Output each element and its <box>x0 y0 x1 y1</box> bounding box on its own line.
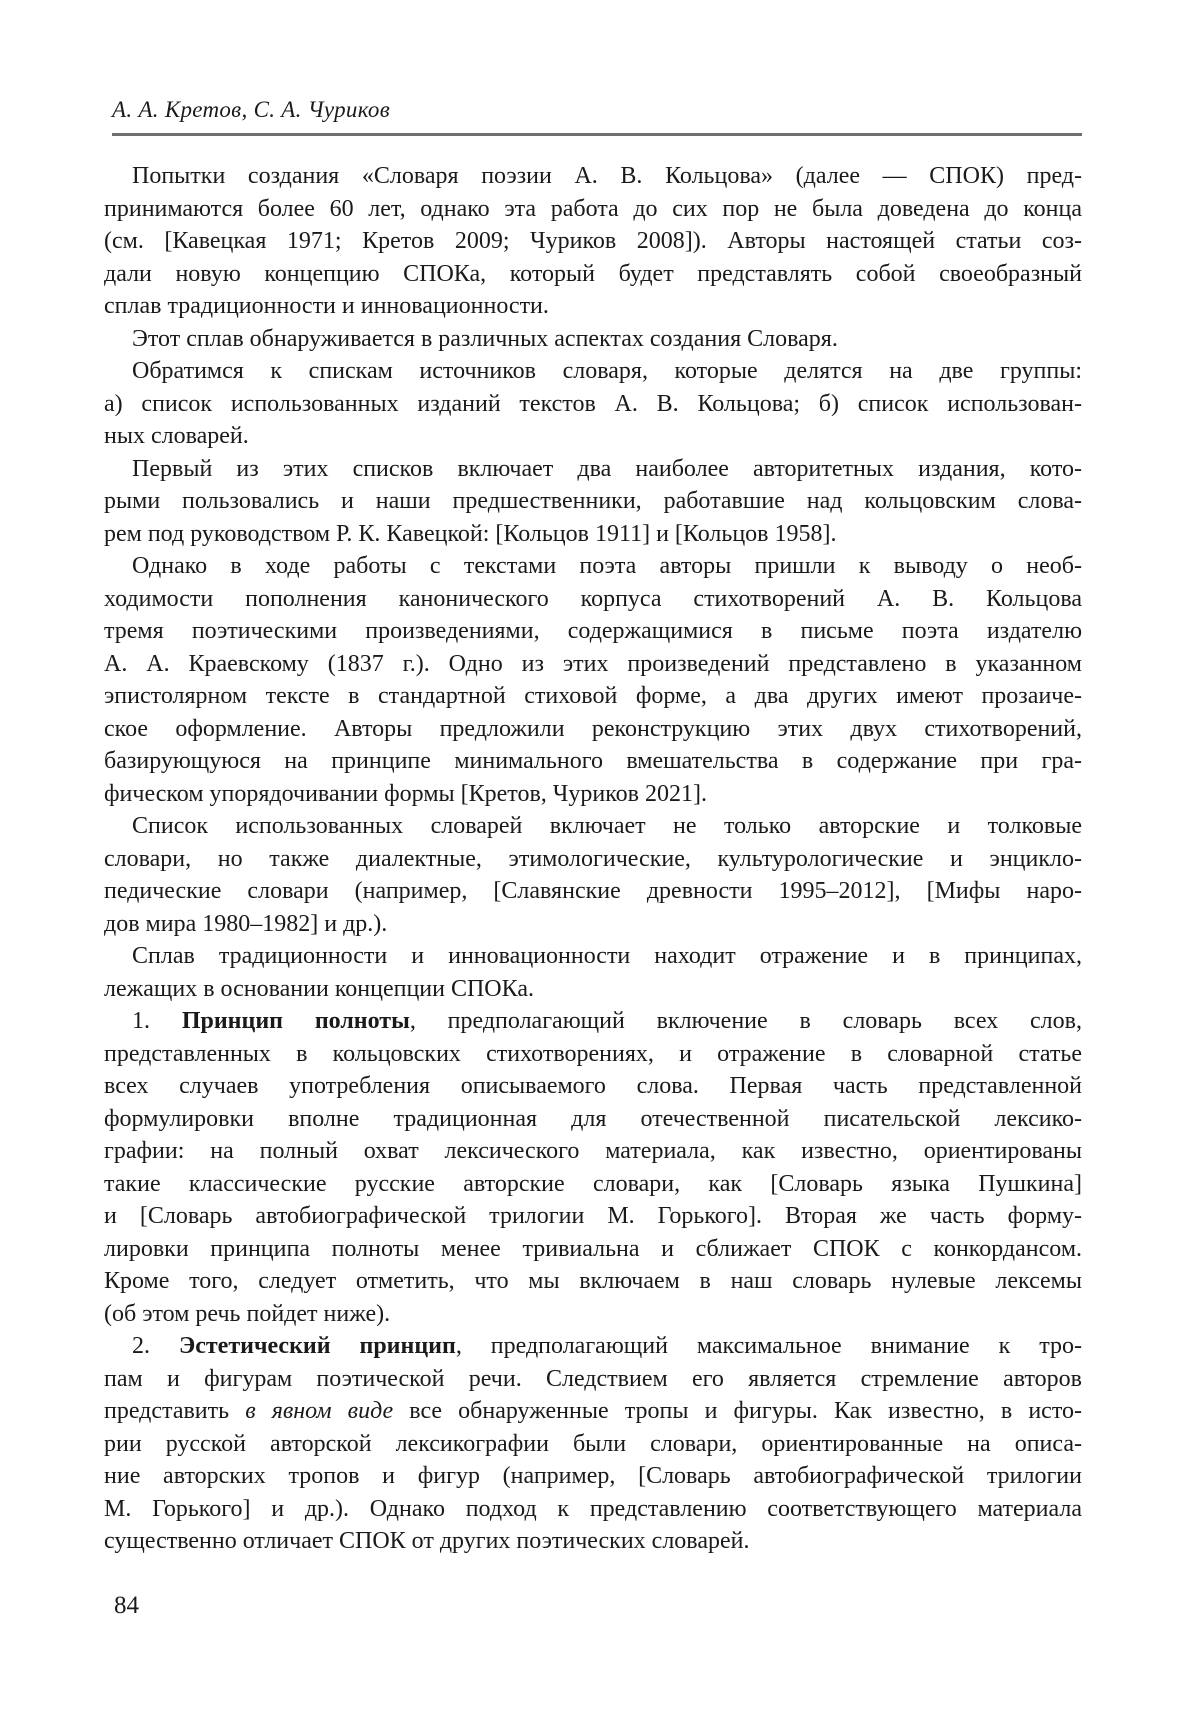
text-line: Однако в ходе работы с текстами поэта ав… <box>104 550 1082 583</box>
text-line: Обратимся к спискам источников словаря, … <box>104 355 1082 388</box>
text-run: Сплав традиционности и инновационности н… <box>132 943 1082 969</box>
text-run: сплав традиционности и инновационности. <box>104 293 549 319</box>
text-line: дали новую концепцию СПОКа, который буде… <box>104 258 1082 291</box>
text-line: пам и фигурам поэтической речи. Следстви… <box>104 1363 1082 1396</box>
text-line: ние авторских тропов и фигур (например, … <box>104 1460 1082 1493</box>
text-line: существенно отличает СПОК от других поэт… <box>104 1525 1082 1558</box>
text-run: всех случаев употребления описываемого с… <box>104 1073 1082 1099</box>
text-run: представить <box>104 1398 245 1424</box>
text-run: графии: на полный охват лексического мат… <box>104 1138 1082 1164</box>
text-line: Кроме того, следует отметить, что мы вкл… <box>104 1265 1082 1298</box>
text-run: , предполагающий максимальное внимание к… <box>456 1333 1082 1359</box>
text-run: Кроме того, следует отметить, что мы вкл… <box>104 1268 1082 1294</box>
text-run: ние авторских тропов и фигур (например, … <box>104 1463 1082 1489</box>
text-line: Список использованных словарей включает … <box>104 810 1082 843</box>
text-run: рем под руководством Р. К. Кавецкой: [Ко… <box>104 521 837 547</box>
text-line: лежащих в основании концепции СПОКа. <box>104 973 1082 1006</box>
text-line: представленных в кольцовских стихотворен… <box>104 1038 1082 1071</box>
text-run: Попытки создания «Словаря поэзии А. В. К… <box>132 163 1082 189</box>
text-line: дов мира 1980–1982] и др.). <box>104 908 1082 941</box>
text-run: Обратимся к спискам источников словаря, … <box>132 358 1082 384</box>
text-run: дали новую концепцию СПОКа, который буде… <box>104 261 1082 287</box>
text-run: ское оформление. Авторы предложили рекон… <box>104 716 1082 742</box>
text-run: ходимости пополнения канонического корпу… <box>104 586 1082 612</box>
text-line: а) список использованных изданий текстов… <box>104 388 1082 421</box>
bold-run: Эстетический принцип <box>179 1333 456 1359</box>
text-line: М. Горького] и др.). Однако подход к пре… <box>104 1493 1082 1526</box>
text-line: А. А. Краевскому (1837 г.). Одно из этих… <box>104 648 1082 681</box>
text-line: педические словари (например, [Славянски… <box>104 875 1082 908</box>
text-run: эпистолярном тексте в стандартной стихов… <box>104 683 1082 709</box>
italic-run: в явном виде <box>245 1398 393 1424</box>
text-line: представить в явном виде все обнаруженны… <box>104 1395 1082 1428</box>
text-line: и [Словарь автобиографической трилогии М… <box>104 1200 1082 1233</box>
text-run: (об этом речь пойдет ниже). <box>104 1301 390 1327</box>
text-line: рем под руководством Р. К. Кавецкой: [Ко… <box>104 518 1082 551</box>
text-line: эпистолярном тексте в стандартной стихов… <box>104 680 1082 713</box>
text-line: (об этом речь пойдет ниже). <box>104 1298 1082 1331</box>
header-rule <box>112 133 1082 136</box>
text-line: принимаются более 60 лет, однако эта раб… <box>104 193 1082 226</box>
bold-run: Принцип полноты <box>182 1008 410 1034</box>
text-line: формулировки вполне традиционная для оте… <box>104 1103 1082 1136</box>
text-run: 2. <box>132 1333 179 1359</box>
text-run: Этот сплав обнаруживается в различных ас… <box>132 326 838 352</box>
text-line: сплав традиционности и инновационности. <box>104 290 1082 323</box>
text-run: фическом упорядочивании формы [Кретов, Ч… <box>104 781 707 807</box>
text-run: такие классические русские авторские сло… <box>104 1171 1082 1197</box>
text-line: Первый из этих списков включает два наиб… <box>104 453 1082 486</box>
text-line: 1. Принцип полноты, предполагающий включ… <box>104 1005 1082 1038</box>
text-run: 1. <box>132 1008 182 1034</box>
text-line: такие классические русские авторские сло… <box>104 1168 1082 1201</box>
article-body: Попытки создания «Словаря поэзии А. В. К… <box>104 160 1082 1558</box>
text-line: ское оформление. Авторы предложили рекон… <box>104 713 1082 746</box>
text-run: (см. [Кавецкая 1971; Кретов 2009; Чурико… <box>104 228 1082 254</box>
text-line: всех случаев употребления описываемого с… <box>104 1070 1082 1103</box>
text-run: существенно отличает СПОК от других поэт… <box>104 1528 749 1554</box>
text-line: Попытки создания «Словаря поэзии А. В. К… <box>104 160 1082 193</box>
text-line: рии русской авторской лексикографии были… <box>104 1428 1082 1461</box>
text-run: формулировки вполне традиционная для оте… <box>104 1106 1082 1132</box>
text-run: представленных в кольцовских стихотворен… <box>104 1041 1082 1067</box>
text-run: и [Словарь автобиографической трилогии М… <box>104 1203 1082 1229</box>
text-run: дов мира 1980–1982] и др.). <box>104 911 387 937</box>
page-number: 84 <box>114 1592 139 1620</box>
text-run: М. Горького] и др.). Однако подход к пре… <box>104 1496 1082 1522</box>
text-run: , предполагающий включение в словарь все… <box>410 1008 1082 1034</box>
text-line: Сплав традиционности и инновационности н… <box>104 940 1082 973</box>
text-run: словари, но также диалектные, этимологич… <box>104 846 1082 872</box>
text-run: лежащих в основании концепции СПОКа. <box>104 976 534 1002</box>
text-run: Первый из этих списков включает два наиб… <box>132 456 1082 482</box>
text-line: лировки принципа полноты менее тривиальн… <box>104 1233 1082 1266</box>
text-line: ных словарей. <box>104 420 1082 453</box>
running-header: А. А. Кретов, С. А. Чуриков <box>112 97 1082 123</box>
text-run: лировки принципа полноты менее тривиальн… <box>104 1236 1082 1262</box>
text-run: базирующуюся на принципе минимального вм… <box>104 748 1082 774</box>
text-line: базирующуюся на принципе минимального вм… <box>104 745 1082 778</box>
text-line: словари, но также диалектные, этимологич… <box>104 843 1082 876</box>
text-line: Этот сплав обнаруживается в различных ас… <box>104 323 1082 356</box>
text-run: принимаются более 60 лет, однако эта раб… <box>104 196 1082 222</box>
text-run: а) список использованных изданий текстов… <box>104 391 1082 417</box>
text-run: тремя поэтическими произведениями, содер… <box>104 618 1082 644</box>
document-page: А. А. Кретов, С. А. Чуриков Попытки созд… <box>0 0 1200 1710</box>
text-line: 2. Эстетический принцип, предполагающий … <box>104 1330 1082 1363</box>
text-run: все обнаруженные тропы и фигуры. Как изв… <box>393 1398 1082 1424</box>
text-run: А. А. Краевскому (1837 г.). Одно из этих… <box>104 651 1082 677</box>
text-line: (см. [Кавецкая 1971; Кретов 2009; Чурико… <box>104 225 1082 258</box>
text-run: пам и фигурам поэтической речи. Следстви… <box>104 1366 1082 1392</box>
text-line: рыми пользовались и наши предшественники… <box>104 485 1082 518</box>
text-run: ных словарей. <box>104 423 249 449</box>
text-run: рии русской авторской лексикографии были… <box>104 1431 1082 1457</box>
text-line: ходимости пополнения канонического корпу… <box>104 583 1082 616</box>
text-run: Список использованных словарей включает … <box>132 813 1082 839</box>
text-line: графии: на полный охват лексического мат… <box>104 1135 1082 1168</box>
text-run: Однако в ходе работы с текстами поэта ав… <box>132 553 1082 579</box>
text-line: тремя поэтическими произведениями, содер… <box>104 615 1082 648</box>
text-run: педические словари (например, [Славянски… <box>104 878 1082 904</box>
text-line: фическом упорядочивании формы [Кретов, Ч… <box>104 778 1082 811</box>
text-run: рыми пользовались и наши предшественники… <box>104 488 1082 514</box>
